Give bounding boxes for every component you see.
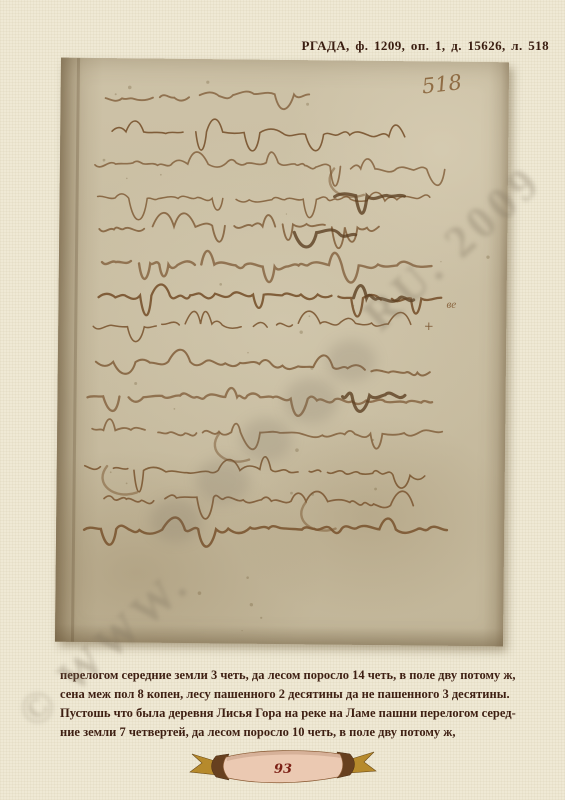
handwriting-stroke bbox=[294, 229, 362, 247]
manuscript-photo: 518 + ве bbox=[55, 58, 509, 647]
handwriting-stroke bbox=[96, 349, 430, 377]
handwriting-stroke bbox=[104, 488, 414, 521]
handwriting-stroke bbox=[97, 189, 429, 222]
paper-speck bbox=[486, 255, 489, 258]
caption-line: ние земли 7 четвертей, да лесом поросло … bbox=[60, 723, 530, 742]
paper-speck bbox=[219, 283, 222, 286]
caption: перелогом середние земли 3 четь, да лесо… bbox=[60, 666, 530, 742]
paper-speck bbox=[246, 576, 249, 579]
handwriting-stroke bbox=[92, 419, 442, 451]
binding-edge bbox=[71, 58, 80, 642]
paper-speck bbox=[250, 603, 253, 606]
margin-cross: + bbox=[424, 318, 433, 335]
caption-line: перелогом середние земли 3 четь, да лесо… bbox=[60, 666, 530, 685]
paper-speck bbox=[286, 213, 287, 214]
paper-speck bbox=[110, 471, 112, 473]
handwriting-stroke bbox=[84, 515, 447, 549]
book-page: РГАДА, ф. 1209, оп. 1, д. 15626, л. 518 … bbox=[0, 0, 565, 800]
handwriting-lines bbox=[84, 90, 452, 549]
paper-speck bbox=[126, 482, 128, 484]
handwriting-stroke bbox=[95, 150, 445, 187]
archive-reference: РГАДА, ф. 1209, оп. 1, д. 15626, л. 518 bbox=[302, 38, 549, 54]
handwriting-stroke bbox=[85, 455, 425, 495]
ribbon-graphic: 93 bbox=[188, 744, 378, 790]
paper-specks bbox=[98, 80, 492, 634]
paper-speck bbox=[290, 492, 293, 495]
paper-speck bbox=[260, 617, 262, 619]
paper-speck bbox=[103, 159, 106, 162]
page-number: 93 bbox=[274, 762, 292, 777]
paper-speck bbox=[440, 261, 441, 262]
paper-speck bbox=[198, 591, 202, 595]
paper-speck bbox=[295, 448, 299, 452]
paper-speck bbox=[115, 93, 117, 95]
paper-speck bbox=[160, 174, 162, 176]
paper-speck bbox=[173, 408, 175, 410]
paper-speck bbox=[247, 352, 249, 354]
paper-speck bbox=[299, 330, 302, 333]
handwriting-stroke bbox=[87, 387, 432, 418]
caption-line: Пустошь что была деревня Лисья Гора на р… bbox=[60, 704, 530, 723]
handwriting-stroke bbox=[93, 309, 411, 345]
paper-speck bbox=[241, 630, 242, 631]
handwriting-stroke bbox=[215, 433, 250, 461]
folio-number: 518 bbox=[421, 70, 464, 98]
paper-speck bbox=[126, 178, 128, 180]
paper-speck bbox=[374, 488, 377, 491]
manuscript-handwriting: 518 + ве bbox=[55, 58, 509, 647]
page-number-ribbon: 93 bbox=[188, 744, 378, 790]
margin-note: ве bbox=[446, 299, 456, 311]
paper-speck bbox=[206, 81, 209, 84]
paper-speck bbox=[308, 315, 310, 317]
handwriting-stroke bbox=[102, 250, 432, 284]
handwriting-stroke bbox=[354, 285, 427, 301]
paper-speck bbox=[128, 86, 132, 90]
caption-line: сена меж пол 8 копен, лесу пашенного 2 д… bbox=[60, 685, 530, 704]
handwriting-stroke bbox=[102, 466, 137, 494]
handwriting-stroke bbox=[112, 118, 405, 152]
paper-speck bbox=[134, 382, 137, 385]
paper-speck bbox=[306, 103, 309, 106]
handwriting-stroke bbox=[106, 90, 310, 109]
